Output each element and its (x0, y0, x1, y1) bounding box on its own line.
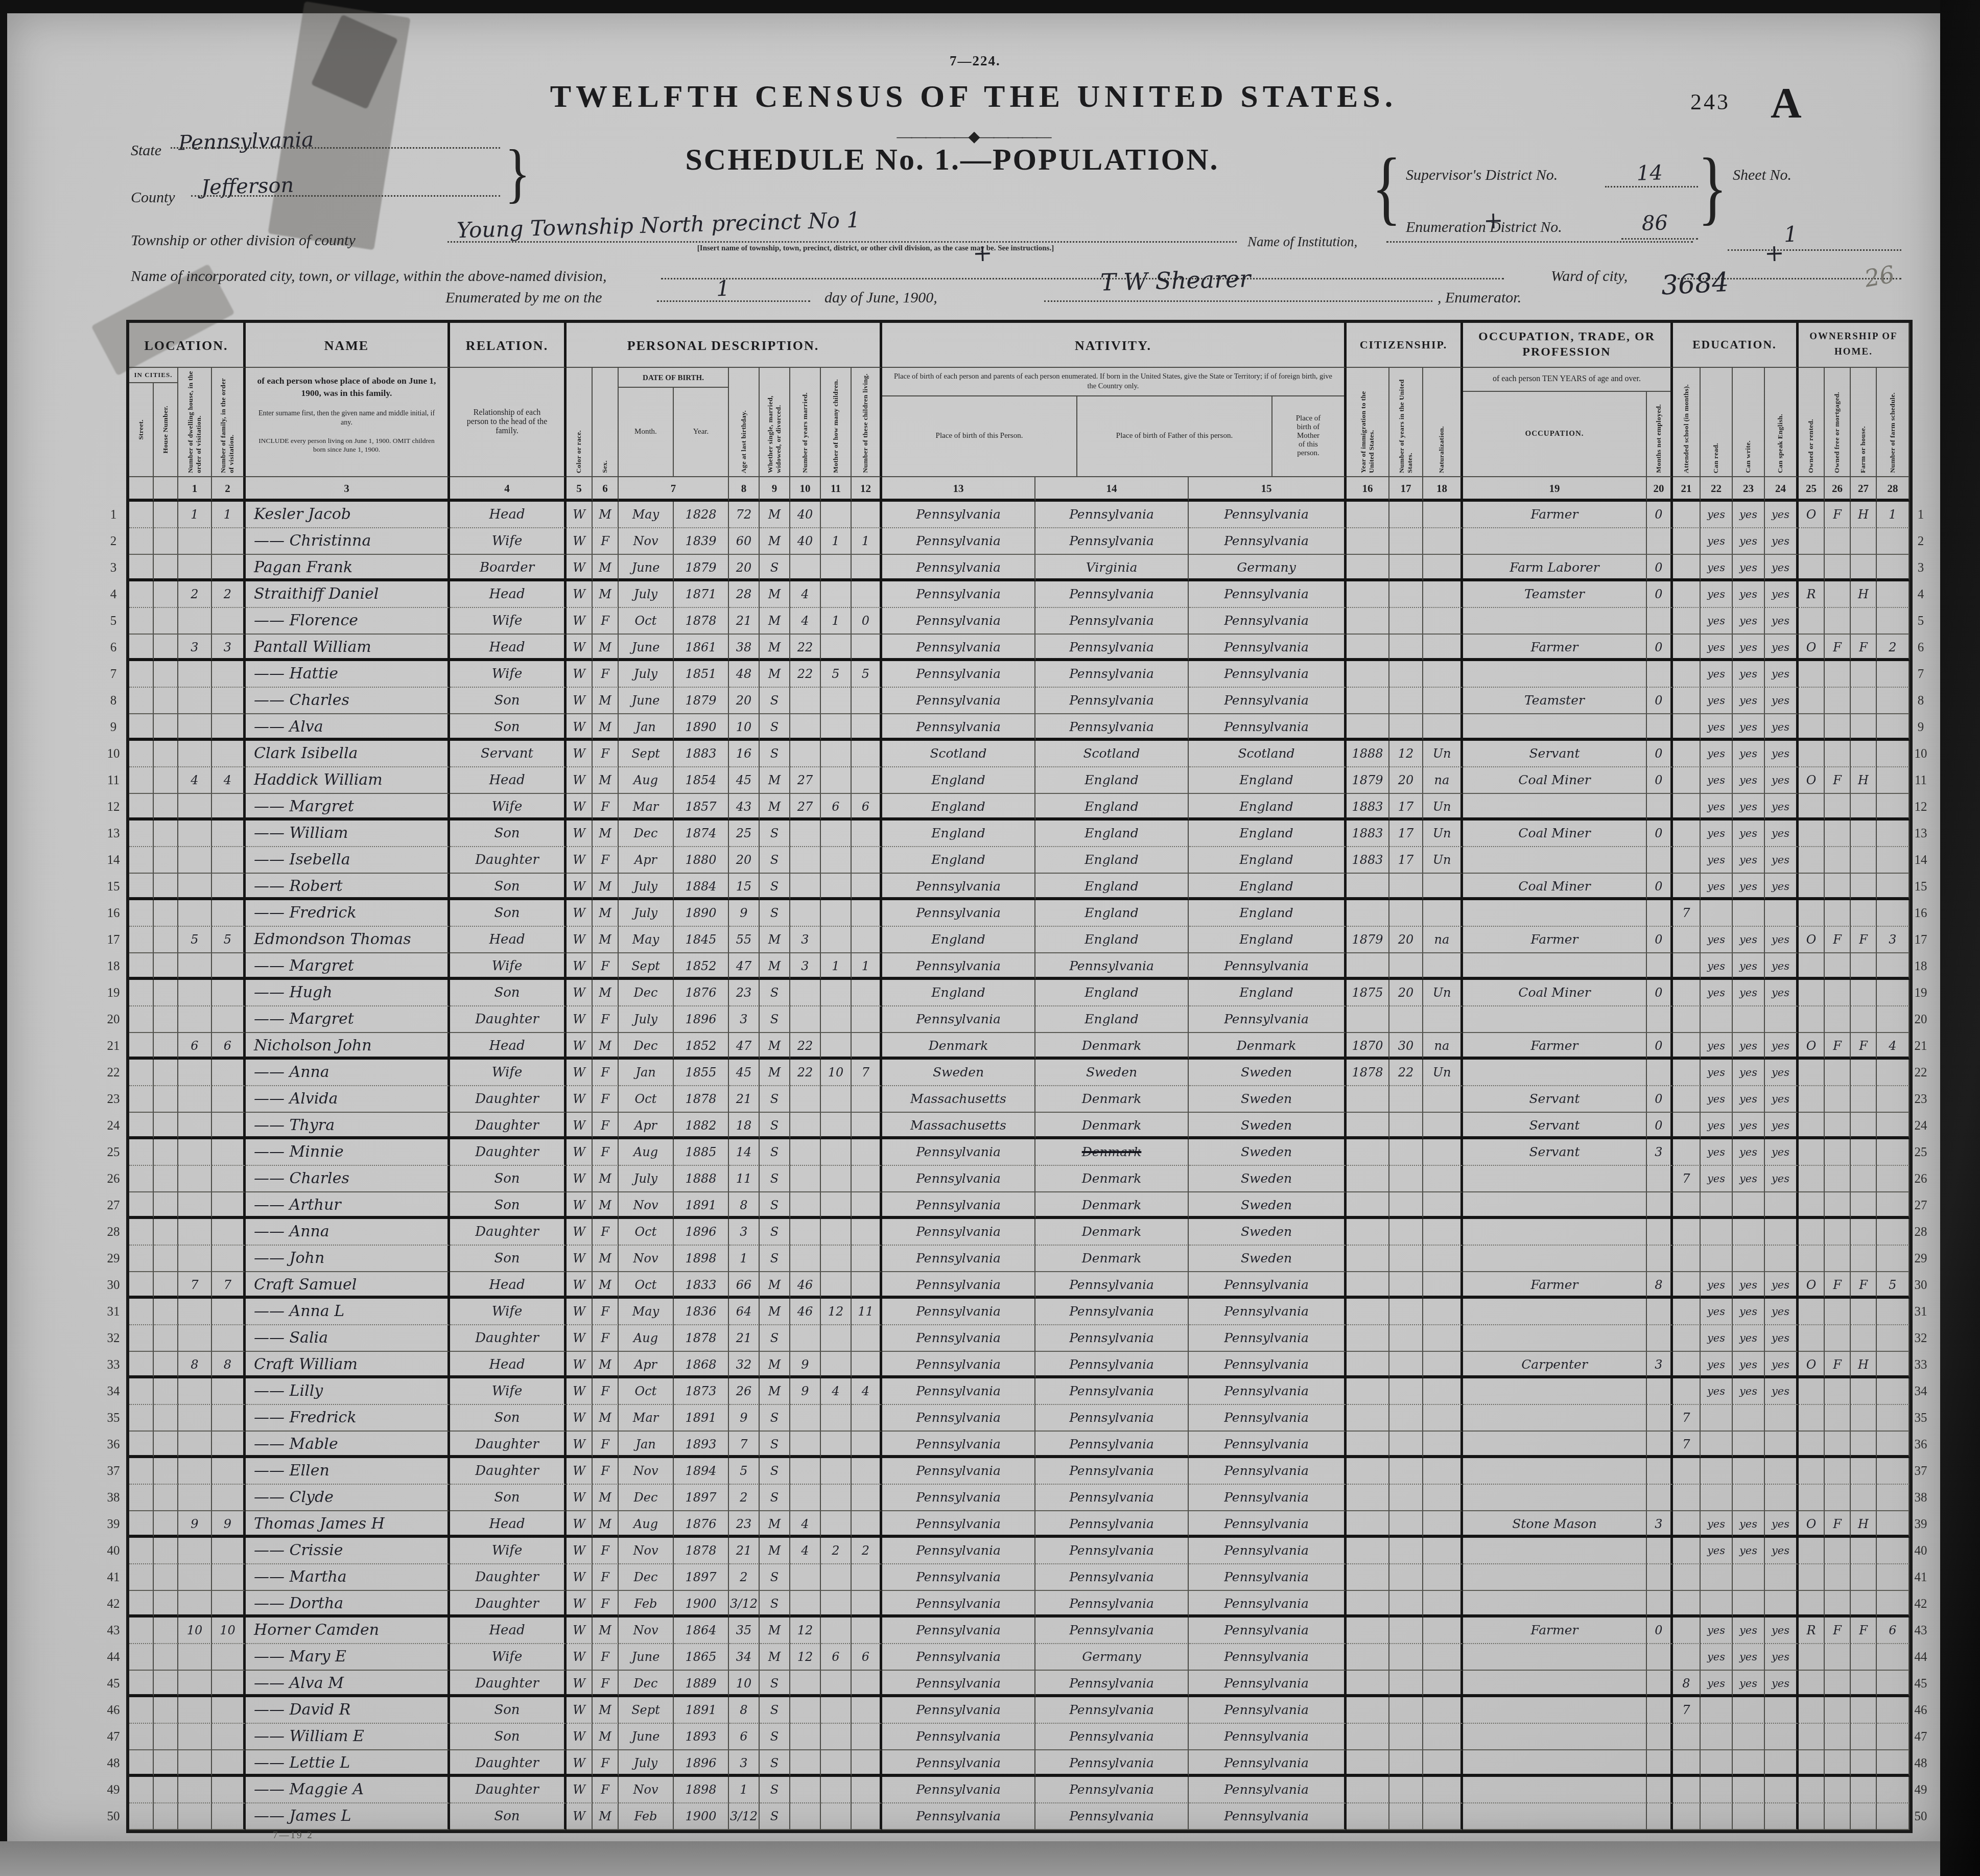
cell-can-write: yes (1733, 1113, 1765, 1139)
cell-children-living (852, 1671, 882, 1697)
cell-mother-of-children: 6 (821, 794, 852, 820)
cell-years-in-us: 17 (1389, 847, 1423, 874)
cell-can-write: yes (1733, 528, 1765, 555)
cell-immigration-year (1347, 1299, 1389, 1325)
cell-years-in-us (1389, 1139, 1423, 1166)
cell-color-race: W (567, 1352, 593, 1378)
row-number: 40 (1911, 1538, 1931, 1564)
cell-free-mortgaged: F (1825, 502, 1851, 528)
cell-birth-month: Dec (619, 1564, 674, 1591)
cell-immigration-year (1347, 1192, 1389, 1219)
row-number: 31 (1911, 1299, 1931, 1325)
cell-months-not-employed (1647, 1246, 1673, 1272)
cell-farm-schedule (1877, 1405, 1910, 1432)
cell-birth-year: 1865 (674, 1644, 729, 1671)
cell-immigration-year (1347, 1352, 1389, 1378)
cell-can-write: yes (1733, 980, 1765, 1006)
cell-years-in-us (1389, 1325, 1423, 1352)
cell-farm-house (1851, 1006, 1877, 1033)
cell-can-read: yes (1701, 794, 1733, 820)
cell-birth-year: 1878 (674, 1086, 729, 1113)
cell-birthplace-father: Denmark (1035, 1192, 1189, 1219)
cell-birthplace-father: Pennsylvania (1035, 1378, 1189, 1405)
cell-naturalization (1423, 1511, 1463, 1538)
cell-mother-of-children (821, 1750, 852, 1777)
cell-free-mortgaged (1825, 1006, 1851, 1033)
cell-years-in-us (1389, 1166, 1423, 1192)
cell-house-number (154, 1432, 178, 1458)
cell-name: Straithiff Daniel (246, 581, 450, 608)
cell-color-race: W (567, 1192, 593, 1219)
cell-color-race: W (567, 1750, 593, 1777)
cell-years-married (790, 820, 821, 847)
cell-name: Kesler Jacob (246, 502, 450, 528)
cell-free-mortgaged: F (1825, 1511, 1851, 1538)
cell-months-not-employed (1647, 1697, 1673, 1724)
cell-marital-status: M (760, 1378, 790, 1405)
cell-family-number (212, 1485, 246, 1511)
cell-months-not-employed: 0 (1647, 980, 1673, 1006)
cell-can-read (1701, 1432, 1733, 1458)
cell-free-mortgaged (1825, 1299, 1851, 1325)
cell-owned-rented (1799, 874, 1825, 900)
cell-can-speak-english (1765, 1192, 1799, 1219)
cell-farm-house (1851, 1485, 1877, 1511)
cell-farm-schedule (1877, 608, 1910, 635)
cell-birthplace-mother: Pennsylvania (1189, 1485, 1347, 1511)
cell-sex: F (593, 1644, 619, 1671)
cell-farm-schedule (1877, 555, 1910, 581)
cell-mother-of-children (821, 1777, 852, 1803)
row-number: 46 (103, 1697, 124, 1724)
cell-birthplace-father: Pennsylvania (1035, 1352, 1189, 1378)
cell-birthplace-person: Pennsylvania (882, 1591, 1035, 1617)
cell-birthplace-mother: Pennsylvania (1189, 1511, 1347, 1538)
cell-can-speak-english: yes (1765, 1325, 1799, 1352)
cell-free-mortgaged: F (1825, 1272, 1851, 1299)
cell-attended-school: 7 (1673, 1432, 1701, 1458)
cell-years-married: 46 (790, 1272, 821, 1299)
cell-occupation: Farm Laborer (1463, 555, 1647, 581)
colnum: 7 (619, 477, 729, 502)
cell-can-write: yes (1733, 502, 1765, 528)
cell-name: Pantall William (246, 635, 450, 661)
cell-dwelling-number (178, 1006, 212, 1033)
cell-family-number: 8 (212, 1352, 246, 1378)
cell-can-write: yes (1733, 1139, 1765, 1166)
cell-birthplace-mother: Pennsylvania (1189, 608, 1347, 635)
cell-birthplace-person: Denmark (882, 1033, 1035, 1060)
cell-immigration-year: 1888 (1347, 741, 1389, 767)
cell-owned-rented: O (1799, 635, 1825, 661)
cell-years-in-us (1389, 1219, 1423, 1246)
colnum: 26 (1825, 477, 1851, 502)
row-number: 37 (103, 1458, 124, 1485)
cell-owned-rented (1799, 1697, 1825, 1724)
group-nativity: NATIVITY. (882, 323, 1347, 368)
cell-children-living (852, 767, 882, 794)
row-number: 49 (1911, 1777, 1931, 1803)
cell-street (129, 741, 154, 767)
cell-birth-year: 1898 (674, 1246, 729, 1272)
cell-farm-schedule (1877, 1325, 1910, 1352)
cell-birthplace-father: Pennsylvania (1035, 688, 1189, 714)
row-number: 6 (103, 635, 124, 661)
cell-occupation (1463, 1219, 1647, 1246)
cell-can-write (1733, 1192, 1765, 1219)
cell-birthplace-mother: Pennsylvania (1189, 1671, 1347, 1697)
cell-house-number (154, 1378, 178, 1405)
cell-birth-month: Jan (619, 714, 674, 741)
cell-occupation (1463, 1060, 1647, 1086)
row-number: 13 (1911, 820, 1931, 847)
cell-months-not-employed (1647, 1325, 1673, 1352)
cell-color-race: W (567, 741, 593, 767)
cell-can-speak-english: yes (1765, 528, 1799, 555)
cell-can-read: yes (1701, 714, 1733, 741)
cell-birthplace-person: Massachusetts (882, 1113, 1035, 1139)
cell-birth-year: 1871 (674, 581, 729, 608)
colnum: 17 (1389, 477, 1423, 502)
cell-mother-of-children (821, 581, 852, 608)
cell-free-mortgaged (1825, 1777, 1851, 1803)
cell-dwelling-number: 10 (178, 1617, 212, 1644)
cell-birthplace-father: Pennsylvania (1035, 1697, 1189, 1724)
cell-age: 9 (729, 900, 760, 927)
cell-immigration-year (1347, 1086, 1389, 1113)
cell-relation: Wife (450, 794, 567, 820)
dob-label: DATE OF BIRTH. (619, 368, 728, 388)
cell-immigration-year (1347, 1325, 1389, 1352)
cell-family-number (212, 874, 246, 900)
cell-farm-schedule (1877, 1538, 1910, 1564)
cell-name: —— Margret (246, 953, 450, 980)
cell-age: 23 (729, 1511, 760, 1538)
cell-farm-house (1851, 1803, 1877, 1830)
cell-children-living: 1 (852, 953, 882, 980)
row-number: 21 (103, 1033, 124, 1060)
row-number: 15 (103, 874, 124, 900)
cell-birth-month: Dec (619, 980, 674, 1006)
cell-birthplace-mother: England (1189, 847, 1347, 874)
cell-birthplace-person: Pennsylvania (882, 1617, 1035, 1644)
cell-can-write: yes (1733, 1511, 1765, 1538)
cell-attended-school (1673, 1511, 1701, 1538)
cell-farm-house (1851, 714, 1877, 741)
cell-free-mortgaged (1825, 608, 1851, 635)
cell-house-number (154, 1325, 178, 1352)
cell-attended-school (1673, 608, 1701, 635)
cell-birthplace-mother: Scotland (1189, 741, 1347, 767)
cell-farm-schedule: 4 (1877, 1033, 1910, 1060)
cell-farm-schedule (1877, 1139, 1910, 1166)
cell-birth-month: Dec (619, 820, 674, 847)
colnum: 24 (1765, 477, 1799, 502)
cell-immigration-year: 1879 (1347, 767, 1389, 794)
cell-free-mortgaged (1825, 1139, 1851, 1166)
enumerated-prefix: Enumerated by me on the (445, 289, 602, 307)
cell-naturalization (1423, 1777, 1463, 1803)
cell-age: 48 (729, 661, 760, 688)
cell-occupation (1463, 900, 1647, 927)
cell-street (129, 1219, 154, 1246)
col-immigration-label: Year of immigration to the United States… (1347, 368, 1389, 477)
cell-sex: F (593, 1591, 619, 1617)
cell-months-not-employed (1647, 900, 1673, 927)
cell-owned-rented: O (1799, 1033, 1825, 1060)
cell-can-write: yes (1733, 820, 1765, 847)
row-number: 14 (1911, 847, 1931, 874)
row-number: 30 (103, 1272, 124, 1299)
cell-house-number (154, 1485, 178, 1511)
cell-farm-house (1851, 688, 1877, 714)
cell-relation: Son (450, 1405, 567, 1432)
cell-months-not-employed (1647, 1750, 1673, 1777)
cell-age: 11 (729, 1166, 760, 1192)
institution-value: + (1483, 206, 1503, 235)
cell-children-living: 1 (852, 528, 882, 555)
cell-years-married: 40 (790, 502, 821, 528)
cell-birth-month: Nov (619, 1538, 674, 1564)
cell-free-mortgaged (1825, 555, 1851, 581)
cell-street (129, 820, 154, 847)
cell-years-married (790, 980, 821, 1006)
cell-family-number: 10 (212, 1617, 246, 1644)
cell-months-not-employed (1647, 1671, 1673, 1697)
cell-attended-school (1673, 1033, 1701, 1060)
cell-mother-of-children (821, 1166, 852, 1192)
cell-can-speak-english (1765, 1777, 1799, 1803)
cell-years-in-us (1389, 1006, 1423, 1033)
cell-can-speak-english: yes (1765, 927, 1799, 953)
col-owned-label: Owned or rented. (1799, 368, 1825, 477)
cell-years-in-us (1389, 608, 1423, 635)
cell-street (129, 1378, 154, 1405)
cell-children-living (852, 1033, 882, 1060)
cell-farm-schedule: 1 (1877, 502, 1910, 528)
cell-age: 6 (729, 1724, 760, 1750)
cell-naturalization (1423, 1724, 1463, 1750)
cell-can-read: yes (1701, 1352, 1733, 1378)
cell-relation: Head (450, 502, 567, 528)
cell-years-in-us (1389, 1617, 1423, 1644)
cell-occupation: Farmer (1463, 1033, 1647, 1060)
cell-color-race: W (567, 1033, 593, 1060)
cell-years-in-us (1389, 1777, 1423, 1803)
cell-farm-house (1851, 847, 1877, 874)
cell-age: 25 (729, 820, 760, 847)
cell-street (129, 1617, 154, 1644)
cell-marital-status: M (760, 1538, 790, 1564)
cell-dwelling-number (178, 1432, 212, 1458)
cell-years-in-us (1389, 1086, 1423, 1113)
cell-owned-rented: O (1799, 767, 1825, 794)
cell-birthplace-father: Pennsylvania (1035, 608, 1189, 635)
cell-street (129, 767, 154, 794)
cell-occupation (1463, 528, 1647, 555)
row-number: 27 (103, 1192, 124, 1219)
cell-farm-schedule (1877, 1485, 1910, 1511)
cell-family-number (212, 741, 246, 767)
row-number: 36 (103, 1432, 124, 1458)
cell-relation: Daughter (450, 1564, 567, 1591)
cell-children-living (852, 635, 882, 661)
page-number: 243 (1690, 89, 1730, 115)
cell-name: —— Ellen (246, 1458, 450, 1485)
cell-family-number (212, 1060, 246, 1086)
cell-dwelling-number (178, 1219, 212, 1246)
cell-can-read: yes (1701, 741, 1733, 767)
cell-name: —— Margret (246, 1006, 450, 1033)
cell-sex: F (593, 1671, 619, 1697)
cell-birthplace-person: England (882, 847, 1035, 874)
cell-age: 3 (729, 1750, 760, 1777)
cell-marital-status: S (760, 1777, 790, 1803)
cell-children-living: 4 (852, 1378, 882, 1405)
cell-can-read (1701, 1006, 1733, 1033)
cell-house-number (154, 1139, 178, 1166)
cell-naturalization (1423, 1485, 1463, 1511)
cell-farm-schedule (1877, 1564, 1910, 1591)
cell-occupation: Farmer (1463, 1272, 1647, 1299)
cell-can-read: yes (1701, 502, 1733, 528)
cell-relation: Daughter (450, 1591, 567, 1617)
cell-years-married (790, 1777, 821, 1803)
cell-relation: Head (450, 1511, 567, 1538)
cell-dwelling-number (178, 980, 212, 1006)
col-color-label: Color or race. (567, 368, 593, 477)
row-number: 49 (103, 1777, 124, 1803)
cell-years-married (790, 1697, 821, 1724)
row-number: 17 (103, 927, 124, 953)
cell-sex: F (593, 1139, 619, 1166)
cell-farm-house (1851, 794, 1877, 820)
cell-can-write: yes (1733, 767, 1765, 794)
cell-immigration-year (1347, 1219, 1389, 1246)
cell-mother-of-children: 6 (821, 1644, 852, 1671)
cell-occupation: Farmer (1463, 502, 1647, 528)
cell-family-number (212, 688, 246, 714)
cell-marital-status: M (760, 1272, 790, 1299)
cell-occupation (1463, 1777, 1647, 1803)
cell-years-married: 4 (790, 581, 821, 608)
cell-years-in-us (1389, 581, 1423, 608)
cell-farm-schedule (1877, 1352, 1910, 1378)
sheet-letter: A (1771, 79, 1802, 128)
cell-free-mortgaged (1825, 1432, 1851, 1458)
cell-birthplace-person: Pennsylvania (882, 1325, 1035, 1352)
cell-attended-school (1673, 980, 1701, 1006)
cell-years-in-us (1389, 1246, 1423, 1272)
nativity-note: Place of birth of each person and parent… (882, 368, 1344, 396)
col-house-number-label: House Number. (161, 403, 170, 456)
cell-marital-status: S (760, 1006, 790, 1033)
cell-relation: Son (450, 1803, 567, 1830)
cell-street (129, 1724, 154, 1750)
cell-children-living (852, 555, 882, 581)
cell-years-in-us (1389, 1272, 1423, 1299)
cell-can-read: yes (1701, 581, 1733, 608)
cell-marital-status: S (760, 1246, 790, 1272)
cell-mother-of-children: 5 (821, 661, 852, 688)
cell-naturalization: na (1423, 1033, 1463, 1060)
name-note-2: INCLUDE every person living on June 1, 1… (255, 436, 438, 454)
cell-birth-month: May (619, 1299, 674, 1325)
cell-marital-status: S (760, 1697, 790, 1724)
cell-attended-school (1673, 1485, 1701, 1511)
cell-months-not-employed (1647, 1299, 1673, 1325)
cell-can-speak-english: yes (1765, 1060, 1799, 1086)
cell-name: —— David R (246, 1697, 450, 1724)
cell-farm-house (1851, 1777, 1877, 1803)
cell-attended-school (1673, 741, 1701, 767)
cell-birth-month: July (619, 874, 674, 900)
cell-name: —— Christinna (246, 528, 450, 555)
cell-months-not-employed: 3 (1647, 1352, 1673, 1378)
cell-mother-of-children (821, 1511, 852, 1538)
colnum: 19 (1463, 477, 1647, 502)
cell-sex: F (593, 794, 619, 820)
cell-immigration-year (1347, 1485, 1389, 1511)
cell-birth-month: July (619, 581, 674, 608)
row-number: 35 (1911, 1405, 1931, 1432)
cell-immigration-year (1347, 1697, 1389, 1724)
cell-name: —— Lilly (246, 1378, 450, 1405)
cell-owned-rented (1799, 1325, 1825, 1352)
cell-mother-of-children (821, 1325, 852, 1352)
cell-free-mortgaged: F (1825, 1352, 1851, 1378)
cell-attended-school (1673, 1219, 1701, 1246)
cell-attended-school (1673, 1113, 1701, 1139)
cell-birthplace-person: Pennsylvania (882, 1219, 1035, 1246)
cell-birth-month: Apr (619, 1113, 674, 1139)
cell-relation: Head (450, 767, 567, 794)
row-number: 38 (1911, 1485, 1931, 1511)
cell-can-read (1701, 1405, 1733, 1432)
cell-birthplace-mother: Pennsylvania (1189, 1644, 1347, 1671)
cell-dwelling-number: 1 (178, 502, 212, 528)
cell-house-number (154, 528, 178, 555)
dotted-line (1605, 186, 1698, 187)
row-number: 41 (103, 1564, 124, 1591)
cell-mother-of-children (821, 820, 852, 847)
row-number: 7 (1911, 661, 1931, 688)
cell-free-mortgaged (1825, 1697, 1851, 1724)
cell-color-race: W (567, 980, 593, 1006)
cell-birth-year: 1845 (674, 927, 729, 953)
cell-occupation (1463, 1006, 1647, 1033)
cell-naturalization (1423, 555, 1463, 581)
col-street-label: Street. (136, 416, 146, 443)
cell-age: 32 (729, 1352, 760, 1378)
row-number-rail-left: 1234567891011121314151617181920212223242… (103, 323, 124, 1830)
cell-attended-school: 7 (1673, 900, 1701, 927)
cell-farm-house: F (1851, 1272, 1877, 1299)
cell-sex: F (593, 1006, 619, 1033)
cell-family-number (212, 1564, 246, 1591)
col-months-not-employed-label: Months not employed. (1647, 392, 1670, 476)
cell-name: —— Lettie L (246, 1750, 450, 1777)
cell-can-read (1701, 1458, 1733, 1485)
cell-naturalization (1423, 661, 1463, 688)
cell-sex: M (593, 1033, 619, 1060)
cell-can-read: yes (1701, 1086, 1733, 1113)
cell-farm-schedule (1877, 847, 1910, 874)
cell-birth-year: 1891 (674, 1405, 729, 1432)
cell-birthplace-father: Pennsylvania (1035, 1458, 1189, 1485)
cell-can-read: yes (1701, 688, 1733, 714)
cell-can-speak-english (1765, 1485, 1799, 1511)
